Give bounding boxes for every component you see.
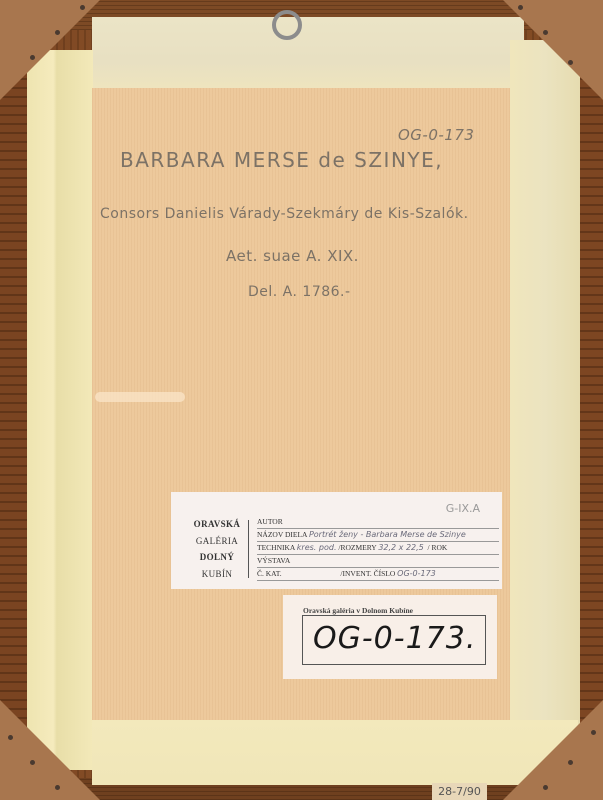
nail-icon [8,735,13,740]
stamp-number: OG-0-173. [313,621,476,656]
field-vystava: VÝSTAVA [257,555,499,568]
nail-icon [568,760,573,765]
nail-icon [80,5,85,10]
nail-icon [30,760,35,765]
stamp-caption: Oravská galéria v Dolnom Kubíne [303,606,413,615]
field-technika: TECHNIKA kres. pod. /ROZMERY 32,2 x 22,5… [257,542,499,555]
frame-tag: 28-7/90 [432,783,487,800]
nail-icon [591,730,596,735]
frame-left-rail [0,0,30,800]
tape-strip-right [510,40,580,760]
inscription-age: Aet. suae A. XIX. [226,247,359,265]
stamp-box: OG-0-173. [302,615,486,665]
field-nazov: NÁZOV DIELA Portrét ženy - Barbara Merse… [257,529,499,542]
inscription-title: BARBARA MERSE de SZINYE, [120,148,443,172]
artwork-back: OG-0-173 BARBARA MERSE de SZINYE, Consor… [0,0,603,800]
label-divider [248,520,249,578]
tape-strip-bottom [92,720,578,785]
collection-label: G-IX.A ORAVSKÁ GALÉRIA DOLNÝ KUBÍN AUTOR… [171,492,502,589]
nail-icon [55,785,60,790]
gallery-name: ORAVSKÁ GALÉRIA DOLNÝ KUBÍN [187,516,247,582]
tape-strip-top [92,17,524,92]
field-kat-invent: Č. KAT. /INVENT. ČÍSLO OG-0-173 [257,568,499,581]
classmark: G-IX.A [446,502,480,515]
label-fields: AUTOR NÁZOV DIELA Portrét ženy - Barbara… [257,516,499,581]
nail-icon [30,55,35,60]
tape-strip-left [27,50,93,770]
board-scuff-mark [95,392,185,402]
nail-icon [55,30,60,35]
inscription-date: Del. A. 1786.- [248,284,351,300]
inventory-stamp: Oravská galéria v Dolnom Kubíne OG-0-173… [283,595,497,679]
nail-icon [543,30,548,35]
inscription-consort: Consors Danielis Várady-Szekmáry de Kis-… [100,206,469,222]
nail-icon [543,785,548,790]
nail-icon [518,5,523,10]
hanging-ring-icon [272,10,302,40]
nail-icon [568,60,573,65]
field-autor: AUTOR [257,516,499,529]
pencil-inventory-number: OG-0-173 [398,126,474,144]
